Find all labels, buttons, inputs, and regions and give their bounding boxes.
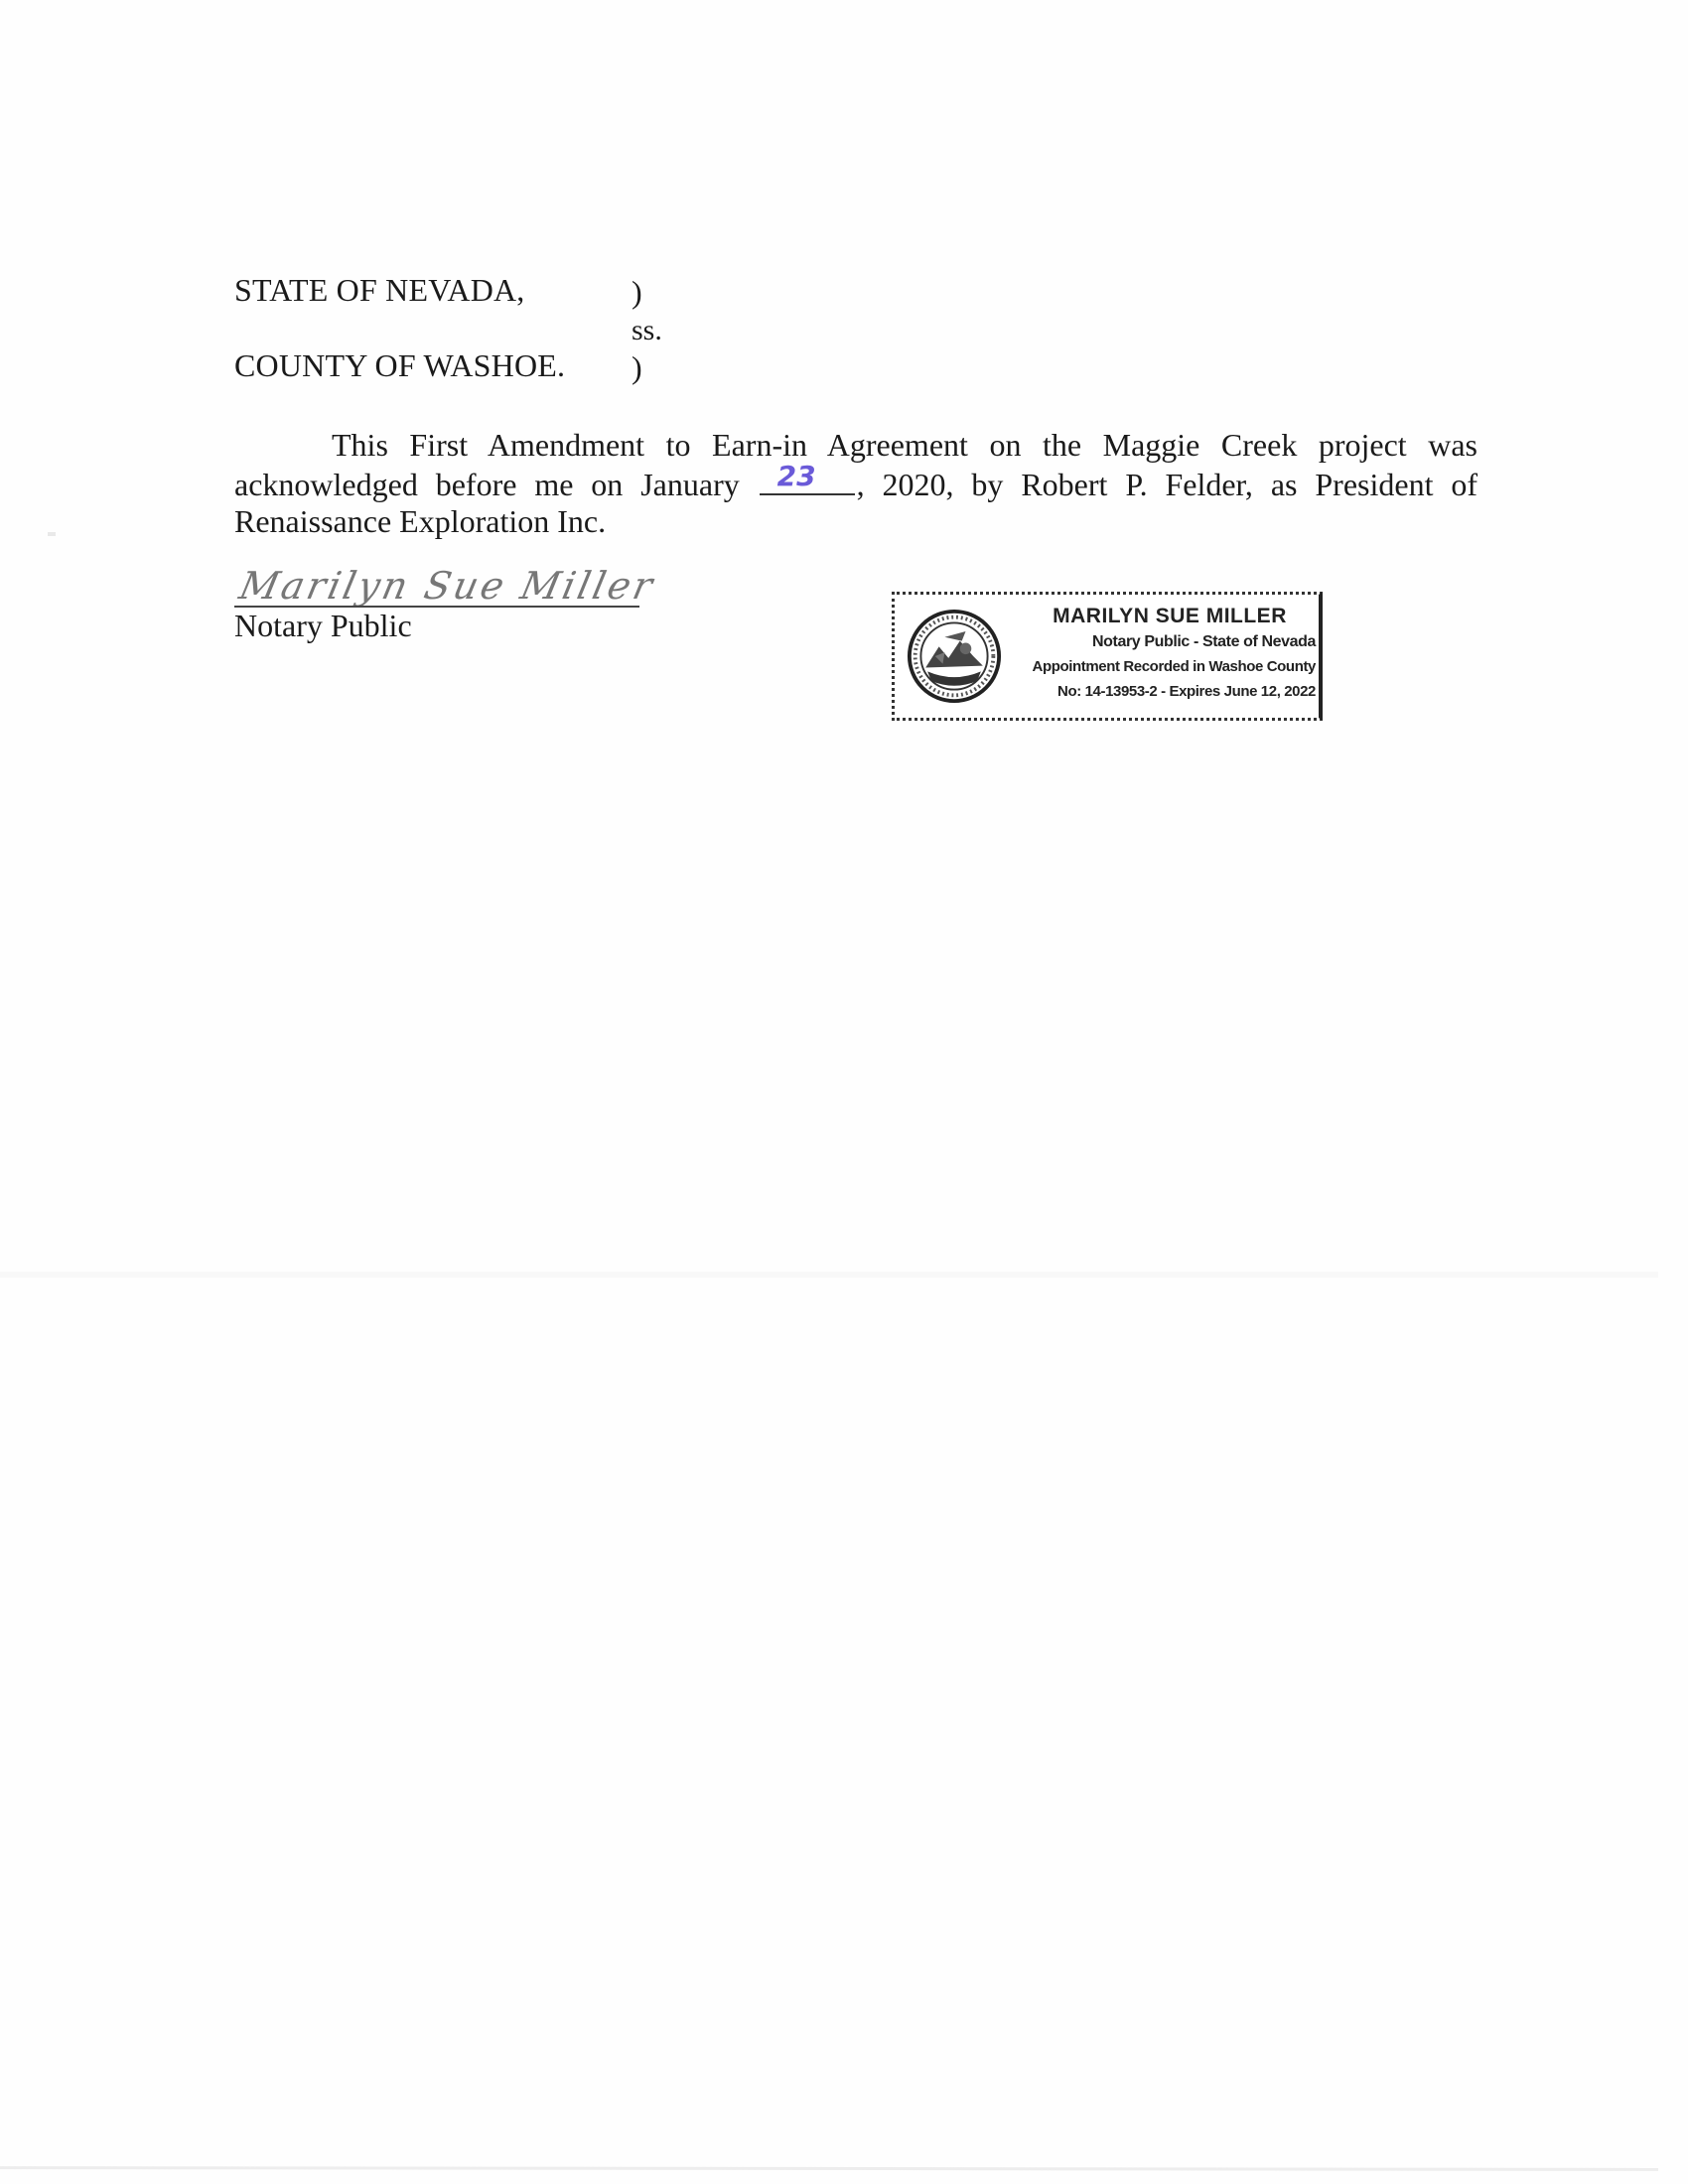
stamp-notary-name: MARILYN SUE MILLER xyxy=(1006,603,1316,629)
venue-paren-open: ) xyxy=(632,276,642,308)
acknowledgment-line-3: Renaissance Exploration Inc. xyxy=(234,503,1477,540)
venue-paren-close: ) xyxy=(632,351,642,383)
stamp-notary-title: Notary Public - State of Nevada xyxy=(1006,629,1316,654)
notary-stamp: MARILYN SUE MILLER Notary Public - State… xyxy=(892,592,1323,721)
acknowledgment-line-2: acknowledged before me on January 23, 20… xyxy=(234,464,1477,503)
stamp-commission: No: 14-13953-2 - Expires June 12, 2022 xyxy=(1006,679,1316,704)
scan-artifact-bottom-edge xyxy=(0,2166,1658,2171)
signature-caption: Notary Public xyxy=(234,610,412,641)
stamp-text-block: MARILYN SUE MILLER Notary Public - State… xyxy=(1006,603,1316,704)
handwritten-day: 23 xyxy=(777,458,816,494)
document-page: STATE OF NEVADA, ) ss. COUNTY OF WASHOE.… xyxy=(0,0,1688,2184)
stamp-appointment: Appointment Recorded in Washoe County xyxy=(1006,654,1316,679)
acknowledgment-line-1: This First Amendment to Earn-in Agreemen… xyxy=(234,427,1477,464)
acknowledgment-line-2-after: , 2020, by Robert P. Felder, as Presiden… xyxy=(857,467,1477,502)
date-blank: 23 xyxy=(760,464,855,495)
signature-block: Marilyn Sue Miller Notary Public xyxy=(234,564,751,663)
notary-signature: Marilyn Sue Miller xyxy=(235,564,659,608)
venue-ss: ss. xyxy=(632,316,662,345)
nevada-state-seal-icon xyxy=(907,609,1002,704)
scan-artifact-margin xyxy=(48,532,56,536)
venue-county: COUNTY OF WASHOE. xyxy=(234,349,565,381)
acknowledgment-paragraph: This First Amendment to Earn-in Agreemen… xyxy=(234,427,1477,540)
scan-artifact-fold xyxy=(0,1272,1658,1278)
acknowledgment-line-2-before: acknowledged before me on January xyxy=(234,467,740,502)
venue-state: STATE OF NEVADA, xyxy=(234,274,525,306)
